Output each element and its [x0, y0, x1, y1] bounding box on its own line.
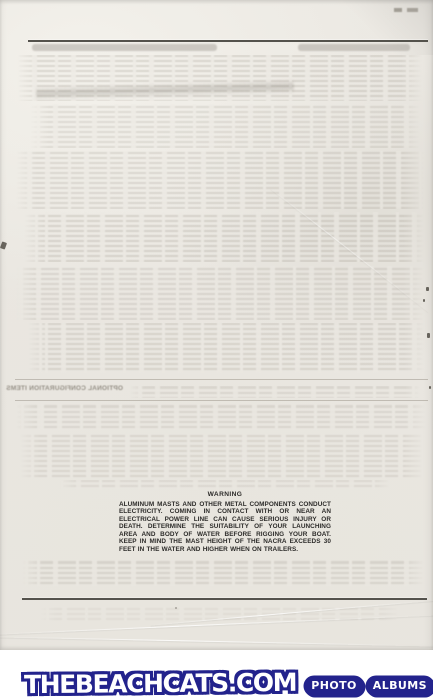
bottom-rule: [22, 598, 427, 600]
top-rule: [28, 40, 428, 42]
faint-divider-line: [15, 400, 428, 401]
site-banner: TheBeachcats.com Photo Albums: [0, 650, 433, 700]
bleed-text-block: [60, 480, 390, 490]
warning-title: WARNING: [119, 491, 331, 498]
bleed-text-block: [22, 560, 424, 586]
warning-body-text: ALUMINUM MASTS AND OTHER METAL COMPONENT…: [119, 501, 331, 554]
ink-speck: [175, 607, 177, 609]
corner-smudge-mark: [394, 8, 420, 12]
bleed-text-block: [16, 266, 424, 320]
bleed-smudge: [32, 44, 217, 51]
ink-speck: [427, 333, 430, 338]
photo-badge[interactable]: Photo: [305, 677, 362, 695]
faint-divider-line: [15, 379, 428, 380]
bleed-text-block: [20, 434, 424, 478]
ink-speck: [0, 241, 7, 249]
ink-speck: [429, 386, 431, 389]
beachcats-logo[interactable]: TheBeachcats.com: [24, 668, 296, 700]
bleed-text-block: [24, 212, 424, 262]
scanned-document-page: OPTIONAL CONFIGURATION ITEMS WARNING ALU…: [0, 0, 433, 650]
crease-line: [0, 636, 433, 646]
bleed-text-block: [16, 151, 424, 209]
banner-logo-group: TheBeachcats.com Photo Albums: [24, 669, 433, 699]
bleedthrough-section-heading: OPTIONAL CONFIGURATION ITEMS: [5, 385, 123, 392]
bleed-text-block: [130, 386, 420, 398]
photo-albums-badges: Photo Albums: [305, 677, 433, 699]
warning-notice: WARNING ALUMINUM MASTS AND OTHER METAL C…: [119, 491, 331, 553]
bleed-text-block: [16, 404, 426, 430]
bleed-text-block: [30, 104, 420, 148]
ink-speck: [426, 287, 429, 291]
ink-speck: [423, 299, 425, 302]
bleed-text-block: [28, 323, 424, 373]
albums-badge[interactable]: Albums: [367, 677, 433, 695]
bleed-smudge: [298, 44, 410, 51]
